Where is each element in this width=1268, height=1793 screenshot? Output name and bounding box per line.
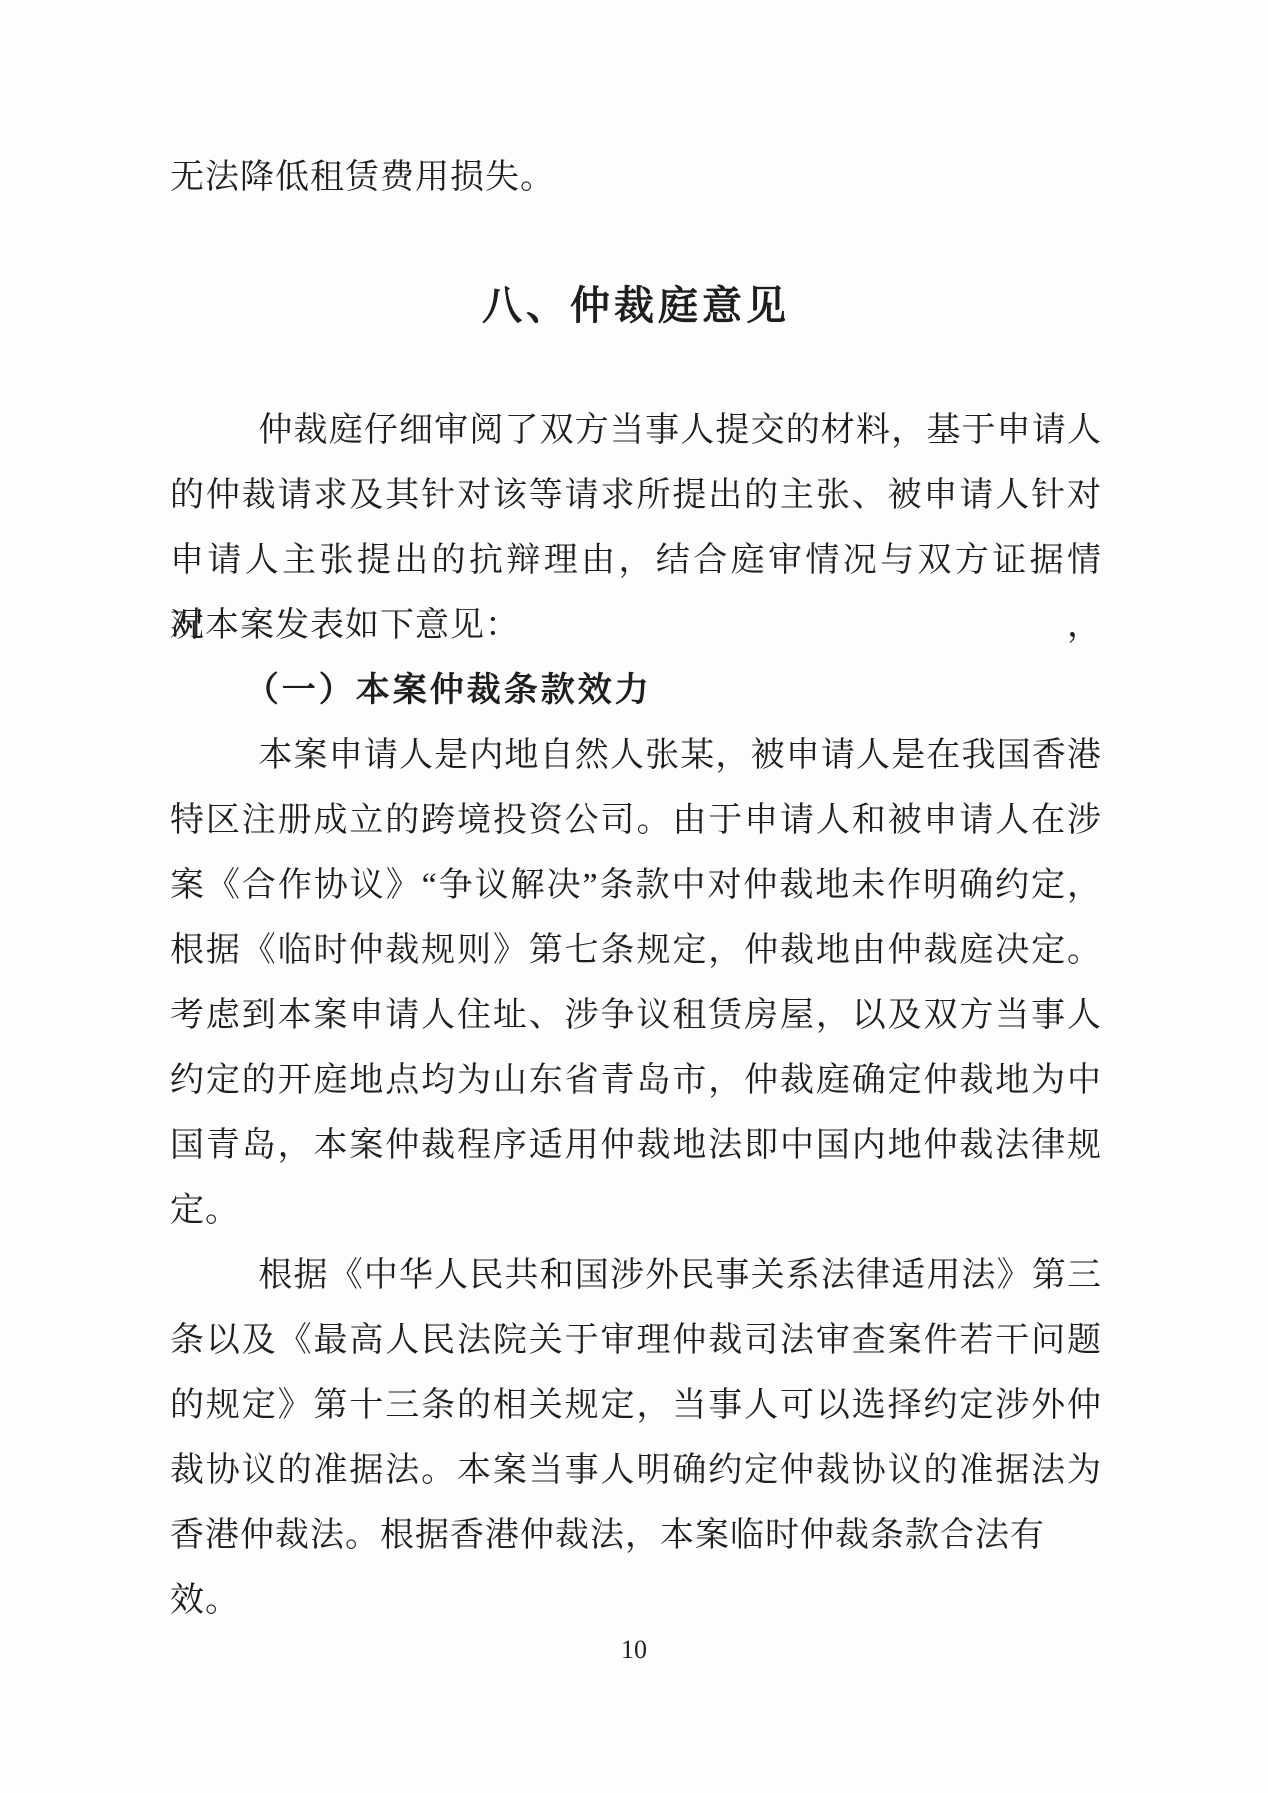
- paragraph-line: 根据《临时仲裁规则》第七条规定，仲裁地由仲裁庭决定。: [170, 918, 1102, 983]
- paragraph-line: 约定的开庭地点均为山东省青岛市，仲裁庭确定仲裁地为中: [170, 1048, 1102, 1113]
- paragraph-line: 无法降低租赁费用损失。: [170, 145, 1102, 210]
- paragraph-line: 特区注册成立的跨境投资公司。由于申请人和被申请人在涉: [170, 788, 1102, 853]
- document-page: 无法降低租赁费用损失。 八、仲裁庭意见 仲裁庭仔细审阅了双方当事人提交的材料，基…: [0, 0, 1268, 1793]
- paragraph-line: 考虑到本案申请人住址、涉争议租赁房屋，以及双方当事人: [170, 983, 1102, 1048]
- document-text: 无法降低租赁费用损失。 八、仲裁庭意见 仲裁庭仔细审阅了双方当事人提交的材料，基…: [170, 145, 1102, 1568]
- paragraph-line: 仲裁庭仔细审阅了双方当事人提交的材料，基于申请人: [170, 398, 1102, 463]
- paragraph-line: 本案申请人是内地自然人张某，被申请人是在我国香港: [170, 723, 1102, 788]
- page-number: 10: [0, 1630, 1268, 1670]
- paragraph-line: 条以及《最高人民法院关于审理仲裁司法审查案件若干问题: [170, 1308, 1102, 1373]
- paragraph-line: 定。: [170, 1178, 1102, 1243]
- subsection-heading: （一）本案仲裁条款效力: [170, 658, 1102, 723]
- paragraph-line: 香港仲裁法。根据香港仲裁法，本案临时仲裁条款合法有效。: [170, 1503, 1102, 1568]
- paragraph-line: 的仲裁请求及其针对该等请求所提出的主张、被申请人针对: [170, 463, 1102, 528]
- paragraph-line: 国青岛，本案仲裁程序适用仲裁地法即中国内地仲裁法律规: [170, 1113, 1102, 1178]
- paragraph-line: 案《合作协议》“争议解决”条款中对仲裁地未作明确约定，: [170, 853, 1102, 918]
- paragraph-line: 裁协议的准据法。本案当事人明确约定仲裁协议的准据法为: [170, 1438, 1102, 1503]
- paragraph-line: 的规定》第十三条的相关规定，当事人可以选择约定涉外仲: [170, 1373, 1102, 1438]
- paragraph-line: 根据《中华人民共和国涉外民事关系法律适用法》第三: [170, 1243, 1102, 1308]
- section-heading: 八、仲裁庭意见: [170, 274, 1102, 339]
- paragraph-line: 申请人主张提出的抗辩理由，结合庭审情况与双方证据情况，: [170, 528, 1102, 593]
